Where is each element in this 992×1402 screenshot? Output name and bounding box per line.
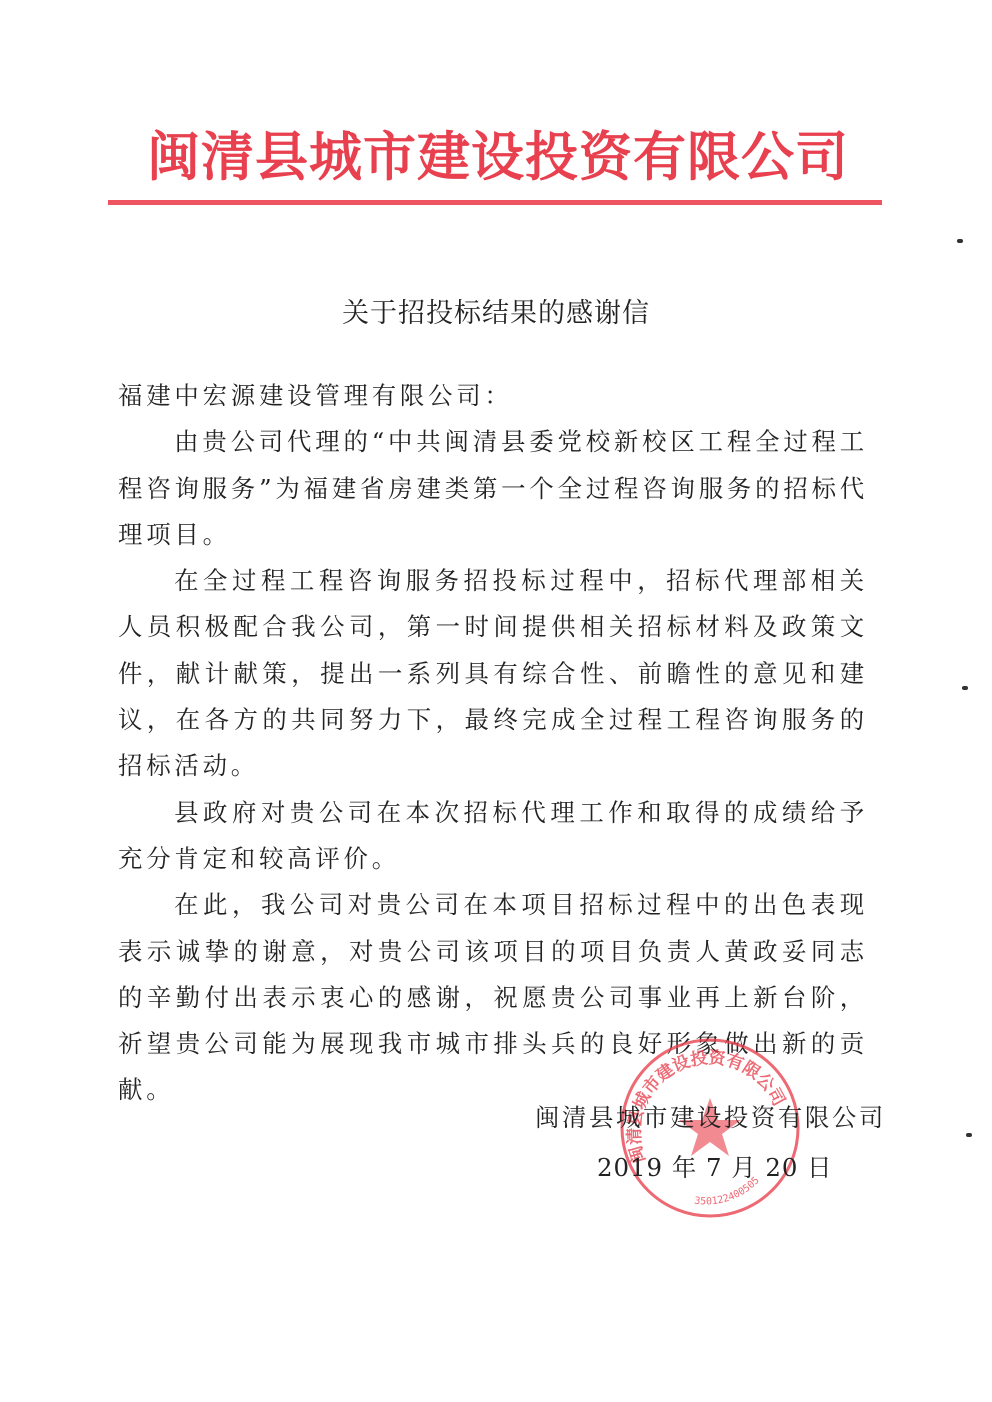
scan-mark: [966, 1133, 972, 1137]
document-title: 关于招投标结果的感谢信: [0, 294, 992, 334]
signature-date: 2019 年 7 月 20 日: [535, 1143, 895, 1193]
scan-mark: [962, 686, 968, 690]
signature-company: 闽清县城市建设投资有限公司: [535, 1093, 895, 1143]
scan-mark: [957, 239, 963, 243]
paragraph-2: 在全过程工程咨询服务招投标过程中，招标代理部相关人员积极配合我公司，第一时间提供…: [118, 558, 868, 789]
letter-body: 福建中宏源建设管理有限公司： 由贵公司代理的“中共闽清县委党校新校区工程全过程工…: [118, 373, 868, 1114]
signature-block: 闽清县城市建设投资有限公司 2019 年 7 月 20 日: [535, 1093, 895, 1193]
paragraph-1: 由贵公司代理的“中共闽清县委党校新校区工程全过程工程咨询服务”为福建省房建类第一…: [118, 419, 868, 558]
letterhead-company-name: 闽清县城市建设投资有限公司: [118, 122, 878, 192]
paragraph-3: 县政府对贵公司在本次招标代理工作和取得的成绩给予充分肯定和较高评价。: [118, 790, 868, 883]
letterhead-divider: [108, 200, 882, 205]
salutation: 福建中宏源建设管理有限公司：: [118, 373, 868, 419]
